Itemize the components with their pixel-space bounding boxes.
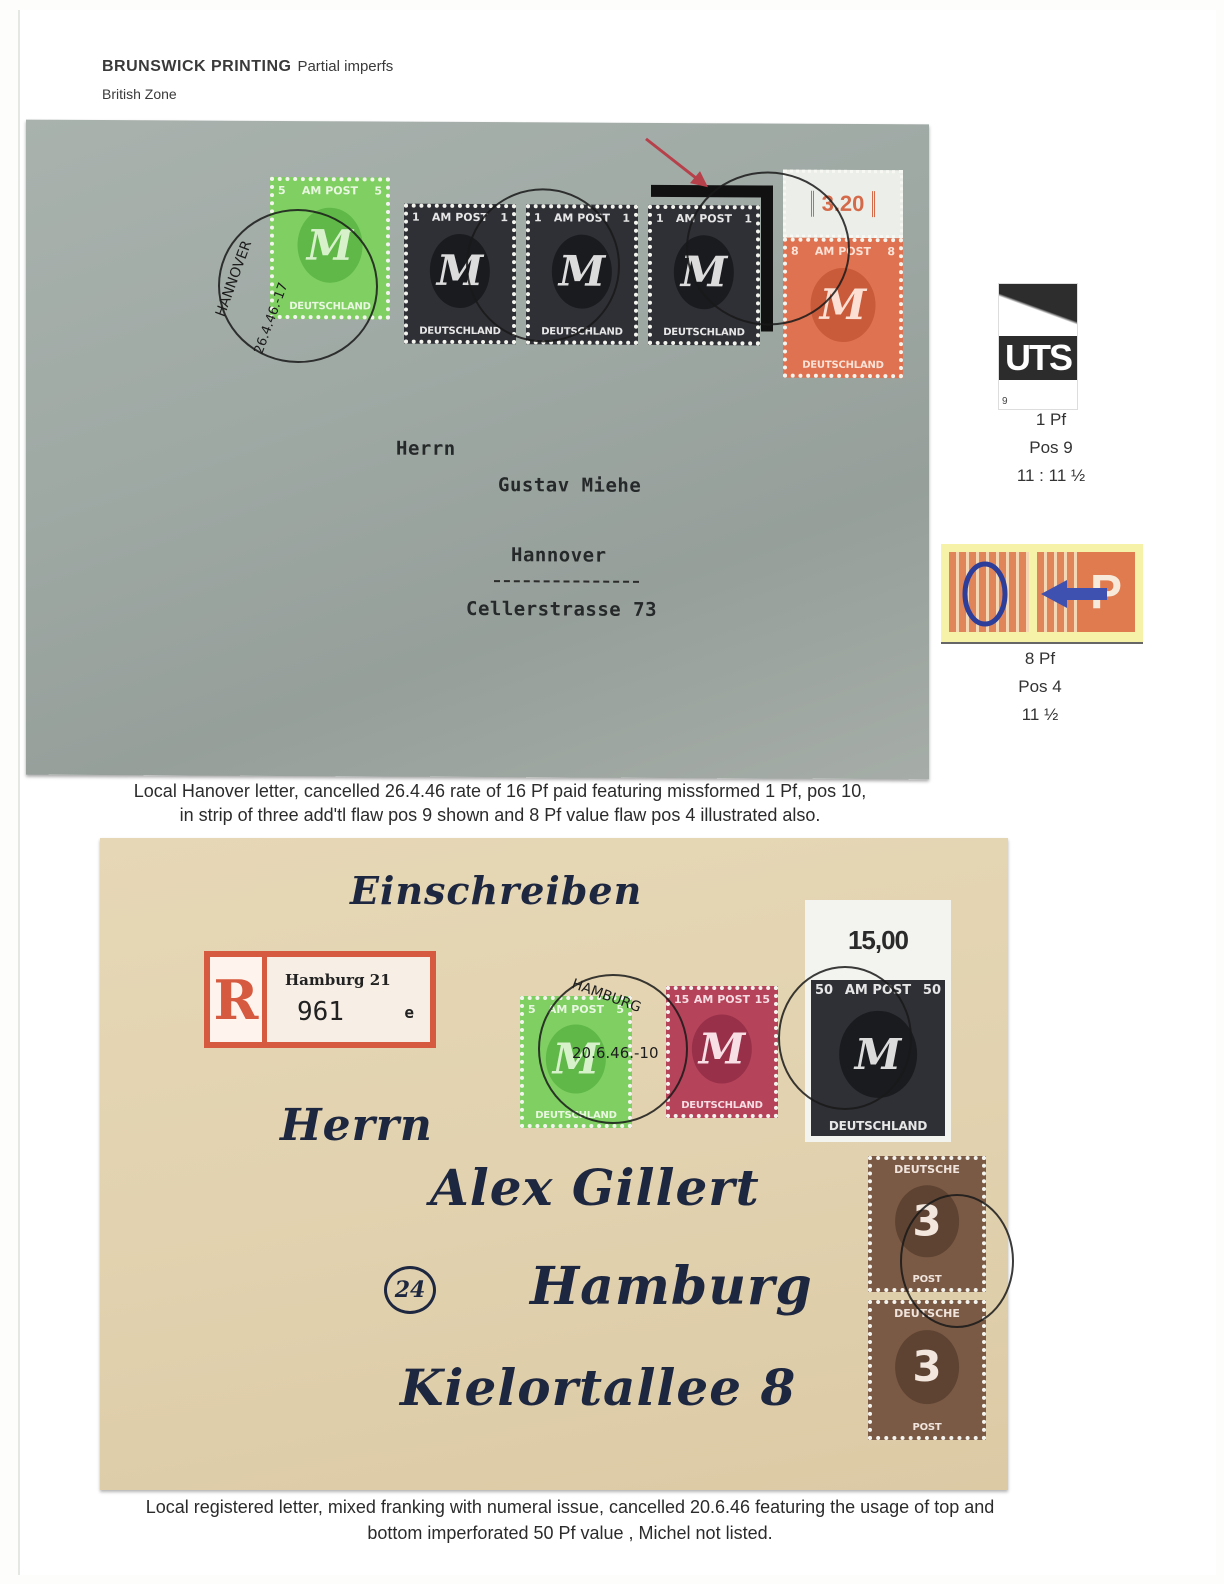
- registration-number: 961: [297, 997, 344, 1027]
- numeral: 3: [895, 1330, 959, 1404]
- m-emblem-icon: M: [552, 234, 612, 308]
- registered-r-icon: R: [210, 957, 262, 1042]
- address-city: Hannover: [511, 544, 607, 567]
- stamp-5pf: 5AM POST5 M DEUTSCHLAND: [520, 996, 632, 1128]
- m-emblem-icon: M: [692, 1015, 752, 1084]
- registration-office: Hamburg 21: [285, 971, 391, 989]
- address-underline: [494, 580, 639, 583]
- stamp-5pf: 5AM POST5 M DEUTSCHLAND: [270, 177, 390, 320]
- cover-hanover: 5AM POST5 M DEUTSCHLAND 1AM POST1 M DEUT…: [26, 120, 929, 780]
- postal-district-circle: 24: [384, 1266, 436, 1314]
- address-name: Gustav Miehe: [498, 474, 641, 497]
- subtitle-text: Partial imperfs: [297, 58, 393, 75]
- m-emblem-icon: M: [839, 1011, 917, 1098]
- blue-arrow-icon: [1041, 578, 1121, 610]
- cover-hamburg: Einschreiben 5AM POST5 M DEUTSCHLAND 15A…: [100, 838, 1008, 1490]
- stamp-1pf-c-flaw: 1AM POST1 M DEUTSCHLAND: [648, 205, 760, 346]
- registration-label: R Hamburg 21 961 e: [204, 951, 436, 1048]
- caption-cover-1: Local Hanover letter, cancelled 26.4.46 …: [40, 779, 960, 827]
- handwritten-einschreiben: Einschreiben: [350, 868, 642, 913]
- caption-cover-2: Local registered letter, mixed franking …: [40, 1494, 1100, 1546]
- ornament-detail: [999, 284, 1077, 334]
- inset-1pf-caption: 1 Pf Pos 9 11 : 11 ½: [996, 406, 1106, 490]
- stamp-8pf: 8AM POST8 M DEUTSCHLAND: [783, 238, 903, 379]
- flaw-inset-8pf: P: [941, 544, 1143, 644]
- red-arrow-icon: [638, 133, 718, 193]
- sheet-margin-15-00: 15,00: [805, 900, 951, 980]
- address-salutation: Herrn: [280, 1100, 433, 1151]
- numeral: 3: [895, 1185, 959, 1257]
- inset-8pf-caption: 8 Pf Pos 4 11 ½: [990, 645, 1090, 729]
- title-text: BRUNSWICK PRINTING: [102, 58, 291, 75]
- stamp-3pf-a: DEUTSCHE 3 POST: [868, 1156, 986, 1292]
- stamp-3pf-b: DEUTSCHE 3 POST: [868, 1300, 986, 1440]
- address-street: Cellerstrasse 73: [466, 598, 657, 621]
- flaw-inset-1pf: UTS 9: [998, 283, 1078, 410]
- stamp-1pf-a: 1AM POST1 M DEUTSCHLAND: [404, 204, 516, 345]
- address-street: Kielortallee 8: [400, 1358, 796, 1417]
- circle-marker-icon: [955, 558, 1015, 630]
- m-emblem-icon: M: [430, 234, 490, 308]
- stamp-1pf-b: 1AM POST1 M DEUTSCHLAND: [526, 204, 638, 345]
- stamp-15pf: 15AM POST15 M DEUTSCHLAND: [666, 986, 778, 1118]
- postmark-date: 20.6.46.-10: [572, 1044, 659, 1062]
- postmark-city: HANNOVER: [213, 238, 255, 319]
- page-title: BRUNSWICK PRINTINGPartial imperfs: [102, 58, 393, 76]
- uts-detail: UTS: [999, 336, 1077, 380]
- address-city: Hamburg: [530, 1256, 813, 1317]
- m-emblem-icon: M: [674, 235, 734, 309]
- flaw-bracket-side: [761, 185, 773, 331]
- zone-label: British Zone: [102, 86, 177, 102]
- address-name: Alex Gillert: [430, 1158, 760, 1217]
- sheet-margin-3-20: 3.20: [783, 170, 903, 239]
- m-emblem-icon: M: [811, 268, 876, 342]
- stamp-50pf-imperf: 50AM POST50 M DEUTSCHLAND: [805, 980, 951, 1142]
- registration-suffix: e: [404, 1003, 414, 1022]
- m-emblem-icon: M: [298, 208, 363, 283]
- address-salutation: Herrn: [396, 438, 456, 460]
